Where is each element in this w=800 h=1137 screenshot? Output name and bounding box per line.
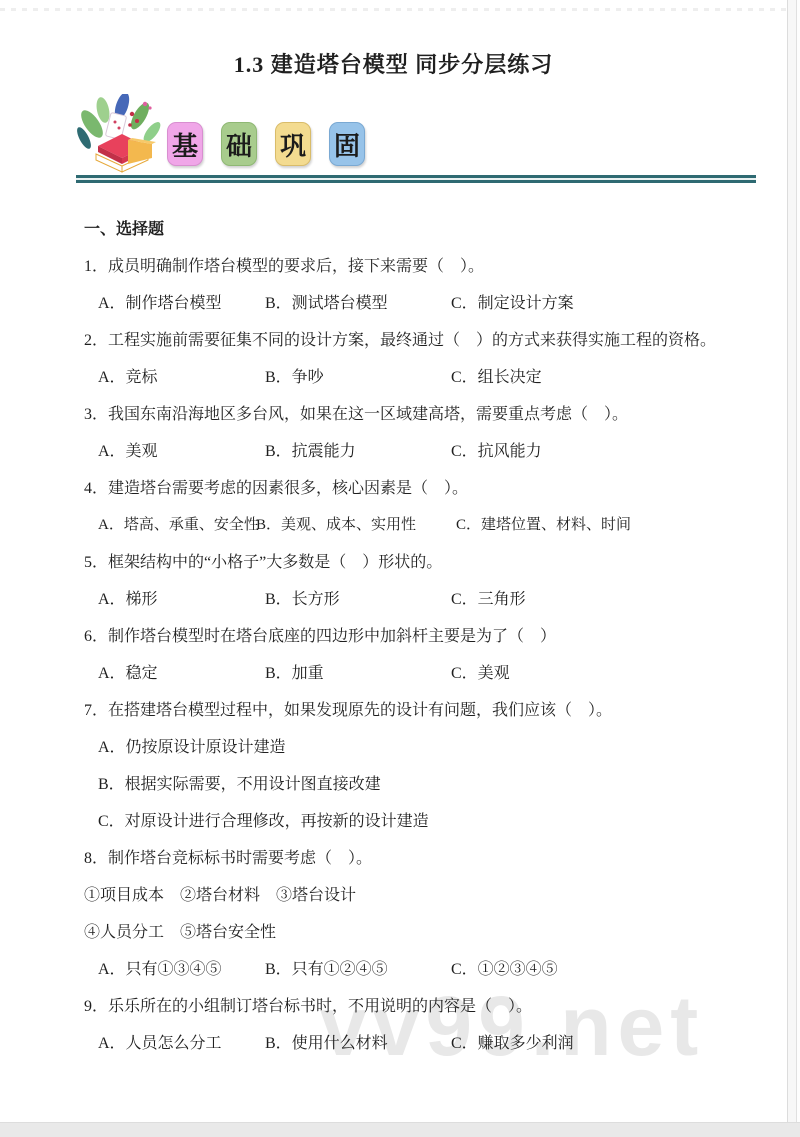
option-a: A．稳定 — [98, 663, 265, 684]
option-b: B．只有①②④⑤ — [265, 959, 451, 980]
worksheet-page: 1.3 建造塔台模型 同步分层练习 — [0, 8, 787, 1130]
question-number: 5． — [84, 552, 108, 573]
books-and-plants-icon — [70, 94, 170, 178]
question-number: 3． — [84, 404, 108, 425]
question-number: 8． — [84, 848, 108, 869]
question-2-options: A．竞标 B．争吵 C．组长决定 — [98, 367, 731, 388]
question-6-options: A．稳定 B．加重 C．美观 — [98, 663, 731, 684]
question-text: 框架结构中的“小格子”大多数是（ ）形状的。 — [108, 554, 442, 571]
option-c: C．赚取多少利润 — [451, 1033, 731, 1054]
option-b: B．加重 — [265, 663, 451, 684]
option-a: A．竞标 — [98, 367, 265, 388]
question-7: 7．在搭建塔台模型过程中，如果发现原先的设计有问题，我们应该（ ）。 — [84, 700, 731, 721]
option-b: B．使用什么材料 — [265, 1033, 451, 1054]
option-a: A．梯形 — [98, 589, 265, 610]
question-8: 8．制作塔台竞标标书时需要考虑（ ）。 — [84, 848, 731, 869]
question-number: 7． — [84, 700, 108, 721]
page-title: 1.3 建造塔台模型 同步分层练习 — [0, 51, 787, 79]
question-number: 2． — [84, 330, 108, 351]
option-c: C．三角形 — [451, 589, 731, 610]
question-number: 6． — [84, 626, 108, 647]
question-3: 3．我国东南沿海地区多台风，如果在这一区域建高塔，需要重点考虑（ ）。 — [84, 404, 731, 425]
question-text: 乐乐所在的小组制订塔台标书时，不用说明的内容是（ ）。 — [108, 998, 532, 1015]
question-text: 建造塔台需要考虑的因素很多，核心因素是（ ）。 — [108, 480, 468, 497]
option-a: A．人员怎么分工 — [98, 1033, 265, 1054]
question-8-items-1: ①项目成本 ②塔台材料 ③塔台设计 — [84, 885, 731, 906]
banner-tile-ji: 基 — [167, 122, 203, 166]
banner-tile-gu: 固 — [329, 122, 365, 166]
question-text: 制作塔台模型时在塔台底座的四边形中加斜杆主要是为了（ ） — [108, 628, 556, 645]
question-1: 1．成员明确制作塔台模型的要求后，接下来需要（ ）。 — [84, 256, 731, 277]
question-text: 工程实施前需要征集不同的设计方案，最终通过（ ）的方式来获得实施工程的资格。 — [108, 332, 716, 349]
question-text: 制作塔台竞标标书时需要考虑（ ）。 — [108, 850, 372, 867]
worksheet-content: 一、选择题 1．成员明确制作塔台模型的要求后，接下来需要（ ）。 A．制作塔台模… — [0, 219, 787, 1054]
page-right-edge — [787, 0, 800, 1122]
question-5-options: A．梯形 B．长方形 C．三角形 — [98, 589, 731, 610]
option-c: C．建塔位置、材料、时间 — [456, 515, 731, 536]
option-b: B．抗震能力 — [265, 441, 451, 462]
banner-tile-chu: 础 — [221, 122, 257, 166]
question-7-option-c: C．对原设计进行合理修改，再按新的设计建造 — [98, 811, 731, 832]
question-7-option-a: A．仍按原设计原设计建造 — [98, 737, 731, 758]
question-6: 6．制作塔台模型时在塔台底座的四边形中加斜杆主要是为了（ ） — [84, 626, 731, 647]
decorative-banner: 基 础 巩 固 — [0, 96, 787, 183]
option-c: C．美观 — [451, 663, 731, 684]
question-7-option-b: B．根据实际需要，不用设计图直接改建 — [98, 774, 731, 795]
option-a: A．只有①③④⑤ — [98, 959, 265, 980]
option-c: C．抗风能力 — [451, 441, 731, 462]
question-8-options: A．只有①③④⑤ B．只有①②④⑤ C．①②③④⑤ — [98, 959, 731, 980]
option-c: C．①②③④⑤ — [451, 959, 731, 980]
question-4: 4．建造塔台需要考虑的因素很多，核心因素是（ ）。 — [84, 478, 731, 499]
viewer-bottom-band — [0, 1122, 800, 1137]
option-c: C．制定设计方案 — [451, 293, 731, 314]
option-c: C．组长决定 — [451, 367, 731, 388]
banner-tiles: 基 础 巩 固 — [167, 122, 365, 166]
question-4-options: A．塔高、承重、安全性 B．美观、成本、实用性 C．建塔位置、材料、时间 — [98, 515, 731, 536]
option-b: B．测试塔台模型 — [265, 293, 451, 314]
question-number: 4． — [84, 478, 108, 499]
question-1-options: A．制作塔台模型 B．测试塔台模型 C．制定设计方案 — [98, 293, 731, 314]
option-a: A．美观 — [98, 441, 265, 462]
question-number: 1． — [84, 256, 108, 277]
option-b: B．美观、成本、实用性 — [256, 515, 456, 536]
double-rule-divider — [76, 175, 756, 183]
option-b: B．争吵 — [265, 367, 451, 388]
section-heading: 一、选择题 — [84, 219, 731, 240]
question-text: 在搭建塔台模型过程中，如果发现原先的设计有问题，我们应该（ ）。 — [108, 702, 612, 719]
question-3-options: A．美观 B．抗震能力 C．抗风能力 — [98, 441, 731, 462]
question-9: 9．乐乐所在的小组制订塔台标书时，不用说明的内容是（ ）。 — [84, 996, 731, 1017]
question-text: 我国东南沿海地区多台风，如果在这一区域建高塔，需要重点考虑（ ）。 — [108, 406, 628, 423]
question-9-options: A．人员怎么分工 B．使用什么材料 C．赚取多少利润 — [98, 1033, 731, 1054]
question-text: 成员明确制作塔台模型的要求后，接下来需要（ ）。 — [108, 258, 484, 275]
question-5: 5．框架结构中的“小格子”大多数是（ ）形状的。 — [84, 552, 731, 573]
option-a: A．塔高、承重、安全性 — [98, 515, 256, 536]
option-a: A．制作塔台模型 — [98, 293, 265, 314]
banner-tile-gong: 巩 — [275, 122, 311, 166]
question-2: 2．工程实施前需要征集不同的设计方案，最终通过（ ）的方式来获得实施工程的资格。 — [84, 330, 731, 351]
option-b: B．长方形 — [265, 589, 451, 610]
question-8-items-2: ④人员分工 ⑤塔台安全性 — [84, 922, 731, 943]
question-number: 9． — [84, 996, 108, 1017]
page-top-texture — [0, 8, 787, 11]
